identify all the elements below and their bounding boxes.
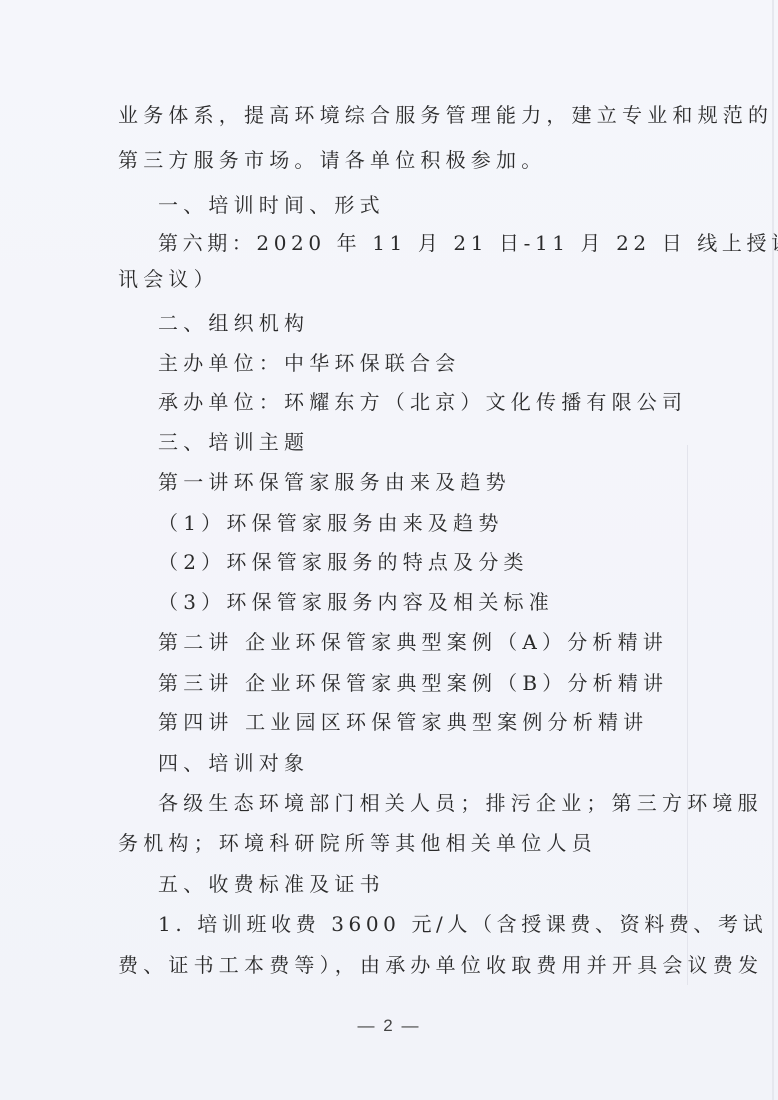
- session-date-line: 第六期：2020 年 11 月 21 日-11 月 22 日 线上授课（腾: [158, 231, 778, 255]
- body-text-line: 务机构；环境科研院所等其他相关单位人员: [118, 831, 597, 855]
- scan-edge: [772, 0, 774, 1100]
- lecture-2-title: 第二讲 企业环保管家典型案例（A）分析精讲: [158, 630, 668, 654]
- section-heading-fees: 五、收费标准及证书: [158, 872, 385, 896]
- body-text-line: 各级生态环境部门相关人员；排污企业；第三方环境服: [158, 791, 763, 815]
- lecture-1-title: 第一讲环保管家服务由来及趋势: [158, 470, 511, 494]
- body-text-line: 讯会议）: [118, 267, 219, 291]
- body-text-line: 业务体系，提高环境综合服务管理能力，建立专业和规范的: [118, 103, 773, 127]
- section-heading-audience: 四、培训对象: [158, 751, 309, 775]
- body-text-line: 费、证书工本费等），由承办单位收取费用并开具会议费发: [118, 953, 763, 977]
- section-heading-time-format: 一、培训时间、形式: [158, 193, 385, 217]
- lecture-1-subitem: （1）环保管家服务由来及趋势: [158, 511, 504, 535]
- fee-line: 1. 培训班收费 3600 元/人（含授课费、资料费、考试: [158, 912, 767, 936]
- lecture-3-title: 第三讲 企业环保管家典型案例（B）分析精讲: [158, 671, 668, 695]
- document-page: 业务体系，提高环境综合服务管理能力，建立专业和规范的 第三方服务市场。请各单位积…: [0, 0, 778, 1100]
- organizer-company: 承办单位：环耀东方（北京）文化传播有限公司: [158, 390, 687, 414]
- section-heading-topics: 三、培训主题: [158, 430, 309, 454]
- lecture-1-subitem: （2）环保管家服务的特点及分类: [158, 550, 529, 574]
- lecture-4-title: 第四讲 工业园区环保管家典型案例分析精讲: [158, 710, 648, 734]
- body-text-line: 第三方服务市场。请各单位积极参加。: [118, 148, 546, 172]
- scan-artifact-line: [687, 445, 688, 985]
- section-heading-organization: 二、组织机构: [158, 311, 309, 335]
- host-organization: 主办单位：中华环保联合会: [158, 351, 460, 375]
- page-number: — 2 —: [0, 1016, 778, 1036]
- lecture-1-subitem: （3）环保管家服务内容及相关标准: [158, 590, 554, 614]
